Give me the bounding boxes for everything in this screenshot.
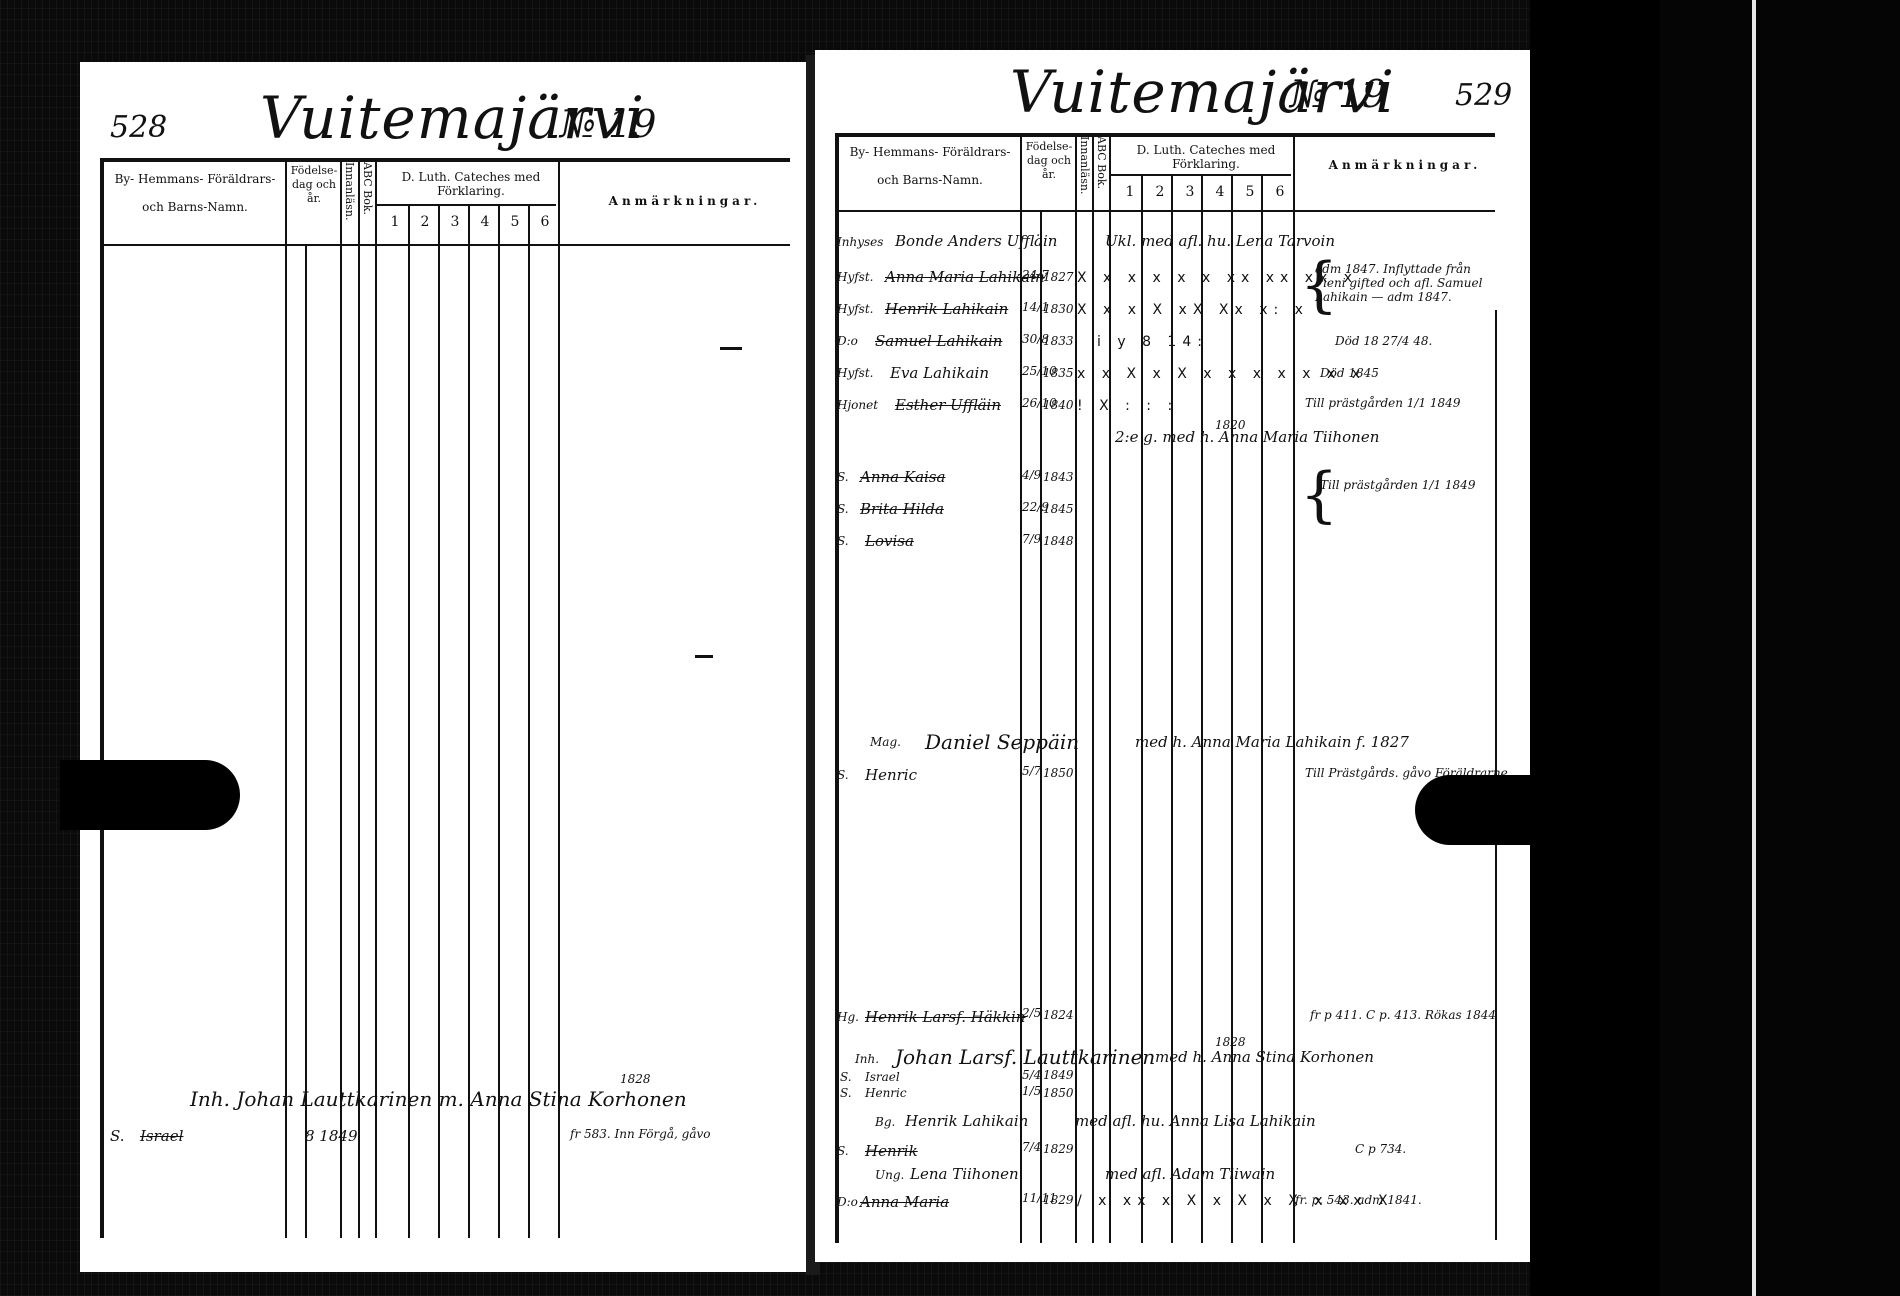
grid-line bbox=[1231, 174, 1233, 1243]
entry-marks: ! X : : : bbox=[1077, 398, 1178, 414]
header-birth-line2: dag och bbox=[288, 178, 340, 192]
col-3: 3 bbox=[440, 214, 470, 230]
col-5: 5 bbox=[500, 214, 530, 230]
header-catechism: D. Luth. Cateches med Förklaring. bbox=[376, 170, 566, 198]
header-remarks: Anmärkningar. bbox=[580, 194, 790, 208]
binding-edge bbox=[1530, 0, 1660, 1296]
entry-birth-year: 1850 bbox=[1043, 1086, 1074, 1100]
remark: fr. p. 543. adm 1841. bbox=[1295, 1193, 1422, 1207]
right-page-number-label: № 19 bbox=[1290, 72, 1386, 116]
header-abc-book: ABC Bok. bbox=[361, 162, 374, 242]
header-names-line2: och Barns-Namn. bbox=[835, 173, 1025, 187]
entry-prefix: S. bbox=[840, 1086, 852, 1100]
book-clip-right bbox=[1415, 775, 1530, 845]
entry-name: Henric bbox=[865, 766, 917, 784]
entry-prefix: S. bbox=[837, 1144, 849, 1158]
grid-line bbox=[528, 204, 530, 1238]
grid-line bbox=[408, 204, 410, 1238]
left-margin-rule bbox=[100, 158, 104, 1238]
header-names-line1: By- Hemmans- Föräldrars- bbox=[835, 145, 1025, 159]
entry-birth-day: 5/7 bbox=[1022, 764, 1041, 778]
entry-birth-year: 1848 bbox=[1043, 534, 1074, 548]
grid-line bbox=[1261, 174, 1263, 1243]
col-2: 2 bbox=[410, 214, 440, 230]
entry-name: Lovisa bbox=[865, 532, 914, 550]
entry-birth-year: 1835 bbox=[1043, 366, 1074, 380]
entry-name: Henric bbox=[865, 1086, 907, 1100]
header-innanlasn: Innanläsn. bbox=[343, 162, 356, 242]
entry-note: med afl. hu. Anna Lisa Lahikain bbox=[1075, 1112, 1316, 1130]
entry-birth-day: 5/4 bbox=[1022, 1068, 1041, 1082]
header-names-line2: och Barns-Namn. bbox=[100, 200, 290, 214]
col-6: 6 bbox=[530, 214, 560, 230]
header-names: By- Hemmans- Föräldrars- och Barns-Namn. bbox=[835, 145, 1025, 187]
entry-note: 2:e g. med h. Anna Maria Tiihonen bbox=[1115, 428, 1379, 446]
left-page-number-label: № 19 bbox=[560, 102, 656, 146]
grid-line bbox=[1075, 133, 1077, 1243]
entry-name: Anna Maria Lahikain bbox=[885, 268, 1045, 286]
entry-prefix: Hjonet bbox=[837, 398, 878, 412]
entry-name: Henrik Lahikain bbox=[885, 300, 1008, 318]
entry-birth-day: 4/9 bbox=[1022, 468, 1041, 482]
scan-edge-stripe bbox=[1752, 0, 1756, 1296]
dash-mark bbox=[695, 655, 713, 658]
entry-prefix: Mag. bbox=[870, 735, 901, 749]
entry-birth-year: 1824 bbox=[1043, 1008, 1074, 1022]
entry-name: Brita Hilda bbox=[860, 500, 944, 518]
left-page-number: 528 bbox=[110, 110, 167, 145]
entry-name: Esther Uffläin bbox=[895, 396, 1001, 414]
entry-birth-day: 1/5 bbox=[1022, 1084, 1041, 1098]
entry-prefix: S. bbox=[837, 470, 849, 484]
header-innanlasn: Innanläsn. bbox=[1078, 136, 1091, 208]
entry-year-note: 1820 bbox=[1215, 418, 1246, 432]
brace-mark: { bbox=[1300, 460, 1338, 530]
entry-prefix: Hg. bbox=[837, 1010, 859, 1024]
entry-birth-year: 1830 bbox=[1043, 302, 1074, 316]
entry-birth-year: 1829 bbox=[1043, 1142, 1074, 1156]
grid-line bbox=[438, 204, 440, 1238]
entry-prefix: D:o bbox=[837, 1195, 858, 1209]
entry-prefix: S. bbox=[840, 1070, 852, 1084]
grid-line bbox=[375, 158, 377, 1238]
entry-name: Johan Larsf. Lauttkarinen bbox=[895, 1045, 1155, 1069]
grid-line bbox=[285, 158, 287, 1238]
grid-line bbox=[498, 204, 500, 1238]
entry-prefix: S. bbox=[837, 534, 849, 548]
grid-line bbox=[558, 158, 560, 1238]
entry-birth-year: 1850 bbox=[1043, 766, 1074, 780]
entry-birth-year: 1840 bbox=[1043, 398, 1074, 412]
left-entry-household: Inh. Johan Lauttkarinen m. Anna Stina Ko… bbox=[190, 1087, 687, 1111]
entry-name: Daniel Seppäin bbox=[925, 730, 1079, 754]
entry-name: Israel bbox=[865, 1070, 900, 1084]
entry-name: Eva Lahikain bbox=[890, 364, 989, 382]
header-birth-line3: år. bbox=[288, 192, 340, 206]
left-margin-rule bbox=[835, 133, 839, 1243]
entry-prefix: Hyfst. bbox=[837, 366, 873, 380]
header-birth-line2: dag och bbox=[1023, 154, 1075, 168]
entry-note: med afl. Adam Tiiwain bbox=[1105, 1165, 1275, 1183]
grid-line bbox=[340, 158, 342, 1238]
left-entry-name: Israel bbox=[140, 1127, 183, 1145]
header-birthdate: Födelse- dag och år. bbox=[288, 164, 340, 206]
col-6: 6 bbox=[1265, 184, 1295, 200]
grid-line bbox=[468, 204, 470, 1238]
header-names-line1: By- Hemmans- Föräldrars- bbox=[100, 172, 290, 186]
right-page-number: 529 bbox=[1455, 78, 1512, 113]
entry-birth-day: 2/5 bbox=[1022, 1006, 1041, 1020]
entry-birth-year: 1843 bbox=[1043, 470, 1074, 484]
entry-name: Bonde Anders Uffläin bbox=[895, 232, 1057, 250]
remark: C p 734. bbox=[1355, 1142, 1406, 1156]
col-4: 4 bbox=[470, 214, 500, 230]
dash-mark bbox=[720, 347, 742, 350]
left-entry-prefix: S. bbox=[110, 1127, 125, 1145]
left-entry-birth: 8 1849 bbox=[305, 1127, 358, 1145]
entry-name: Lena Tiihonen bbox=[910, 1165, 1019, 1183]
entry-birth-year: 1829 bbox=[1043, 1193, 1074, 1207]
remark: Till prästgården 1/1 1849 bbox=[1305, 396, 1460, 410]
left-page: 528 Vuitemajärvi № 19 By- Hemmans- Föräl… bbox=[80, 62, 810, 1272]
header-bottom-rule bbox=[835, 210, 1495, 212]
entry-name: Anna Maria bbox=[860, 1193, 949, 1211]
grid-line bbox=[1092, 133, 1094, 1243]
entry-prefix: Inhyses bbox=[837, 235, 883, 249]
entry-birth-year: 1833 bbox=[1043, 334, 1074, 348]
header-birth-line3: år. bbox=[1023, 168, 1075, 182]
right-page: Vuitemajärvi № 19 529 By- Hemmans- Föräl… bbox=[815, 50, 1530, 1262]
entry-name: Henrik Larsf. Häkkin bbox=[865, 1008, 1025, 1026]
entry-year-note: 1828 bbox=[1215, 1035, 1246, 1049]
entry-marks: i y 8 14: bbox=[1097, 334, 1208, 350]
header-birth-line1: Födelse- bbox=[288, 164, 340, 178]
entry-note: med h. Anna Stina Korhonen bbox=[1155, 1048, 1374, 1066]
entry-prefix: Hyfst. bbox=[837, 270, 873, 284]
header-catechism: D. Luth. Cateches med Förklaring. bbox=[1111, 143, 1301, 171]
left-entry-remark: fr 583. Inn Förgå, gåvo bbox=[570, 1127, 710, 1141]
left-entry-year-note: 1828 bbox=[620, 1072, 651, 1086]
entry-birth-day: 7/4 bbox=[1022, 1140, 1041, 1154]
entry-prefix: D:o bbox=[837, 334, 858, 348]
header-names: By- Hemmans- Föräldrars- och Barns-Namn. bbox=[100, 172, 290, 214]
header-bottom-rule bbox=[100, 244, 790, 246]
remark: fr p 411. C p. 413. Rökas 1844 bbox=[1310, 1008, 1496, 1022]
header-top-rule bbox=[100, 158, 790, 162]
header-remarks: Anmärkningar. bbox=[1305, 158, 1505, 172]
grid-line bbox=[1293, 133, 1295, 1243]
book-clip-left bbox=[60, 760, 240, 830]
col-1: 1 bbox=[380, 214, 410, 230]
entry-prefix: Bg. bbox=[875, 1115, 895, 1129]
entry-birth-year: 1845 bbox=[1043, 502, 1074, 516]
header-abc-book: ABC Bok. bbox=[1095, 136, 1108, 208]
entry-birth-day: 7/9 bbox=[1022, 532, 1041, 546]
entry-prefix: S. bbox=[837, 502, 849, 516]
header-top-rule bbox=[835, 133, 1495, 137]
header-birthdate: Födelse- dag och år. bbox=[1023, 140, 1075, 182]
entry-birth-year: 1827 bbox=[1043, 270, 1074, 284]
entry-note: med h. Anna Maria Lahikain f. 1827 bbox=[1135, 733, 1409, 751]
entry-name: Anna Kaisa bbox=[860, 468, 945, 486]
entry-prefix: S. bbox=[837, 768, 849, 782]
grid-line bbox=[1109, 133, 1111, 1243]
remark: Till prästgården 1/1 1849 bbox=[1320, 478, 1475, 492]
grid-line bbox=[358, 158, 360, 1238]
remark: Död 1845 bbox=[1320, 366, 1379, 380]
entry-note: Ukl. med afl. hu. Lena Tarvoin bbox=[1105, 232, 1335, 250]
entry-prefix: Ung. bbox=[875, 1168, 904, 1182]
entry-name: Henrik bbox=[865, 1142, 918, 1160]
scan-margin bbox=[1660, 0, 1900, 1296]
entry-name: Henrik Lahikain bbox=[905, 1112, 1028, 1130]
entry-prefix: Hyfst. bbox=[837, 302, 873, 316]
header-birth-line1: Födelse- bbox=[1023, 140, 1075, 154]
entry-name: Samuel Lahikain bbox=[875, 332, 1002, 350]
entry-marks: X x x X xX Xx x: x bbox=[1077, 302, 1309, 318]
entry-birth-year: 1849 bbox=[1043, 1068, 1074, 1082]
remark: adm 1847. Inflyttade från Pieni gifted o… bbox=[1315, 262, 1490, 304]
entry-prefix: Inh. bbox=[855, 1052, 879, 1066]
remark: Död 18 27/4 48. bbox=[1335, 334, 1432, 348]
